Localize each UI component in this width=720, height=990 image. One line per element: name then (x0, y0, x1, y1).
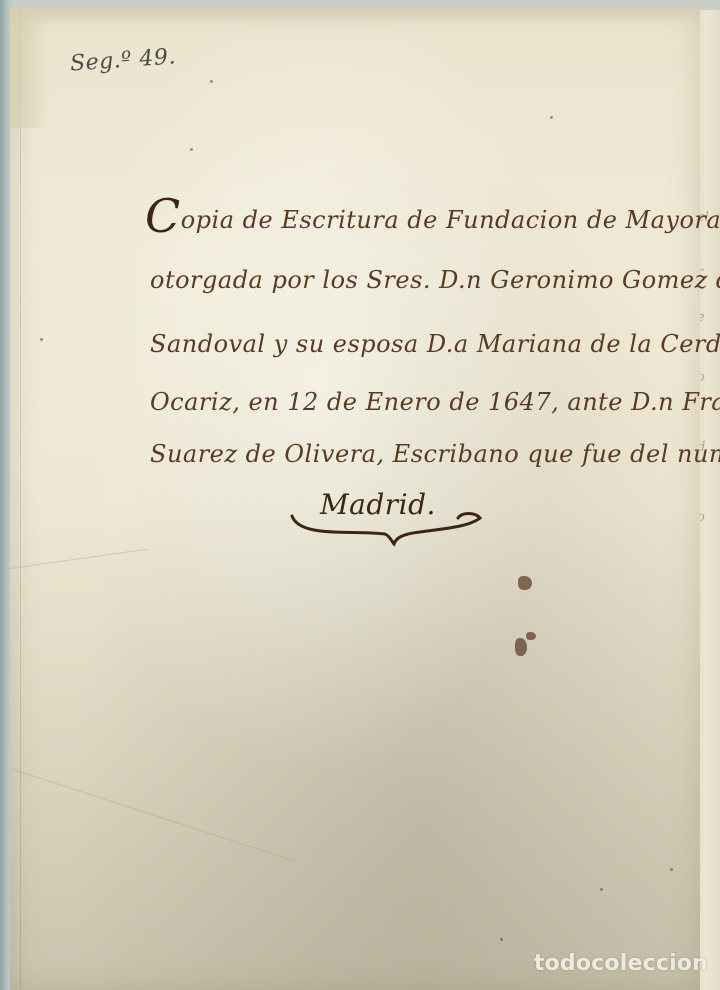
title-line-4: Ocariz, en 12 de Enero de 1647, ante D.n… (150, 388, 720, 416)
title-line-3: Sandoval y su esposa D.a Mariana de la C… (150, 330, 720, 358)
paper-speck (190, 148, 193, 151)
paper-speck (670, 868, 673, 871)
title-line-2: otorgada por los Sres. D.n Geronimo Gome… (150, 266, 720, 294)
paper-speck (210, 80, 213, 83)
calligraphic-flourish-icon (290, 508, 490, 548)
paper-speck (550, 116, 553, 119)
ink-blot (515, 638, 527, 656)
paper-speck (40, 338, 43, 341)
ink-blot (518, 576, 532, 590)
title-line-5: Suarez de Olivera, Escribano que fue del… (150, 440, 720, 468)
fold-line (20, 8, 21, 990)
scan-background: el r e o d o Seg.º 49. Copia de Escritur… (0, 0, 720, 990)
illuminated-initial: C (145, 189, 181, 243)
ink-blot (526, 632, 536, 640)
watermark: todocoleccion (534, 951, 708, 976)
paper-crease (10, 768, 296, 862)
reference-number: Seg.º 49. (69, 44, 176, 76)
paper-speck (600, 888, 603, 891)
title-line-1: Copia de Escritura de Fundacion de Mayor… (145, 206, 720, 234)
manuscript-page: Seg.º 49. Copia de Escritura de Fundacio… (10, 8, 700, 990)
paper-crease (10, 549, 149, 569)
title-line-text: opia de Escritura de Fundacion de Mayora… (181, 206, 720, 234)
paper-speck (500, 938, 503, 941)
